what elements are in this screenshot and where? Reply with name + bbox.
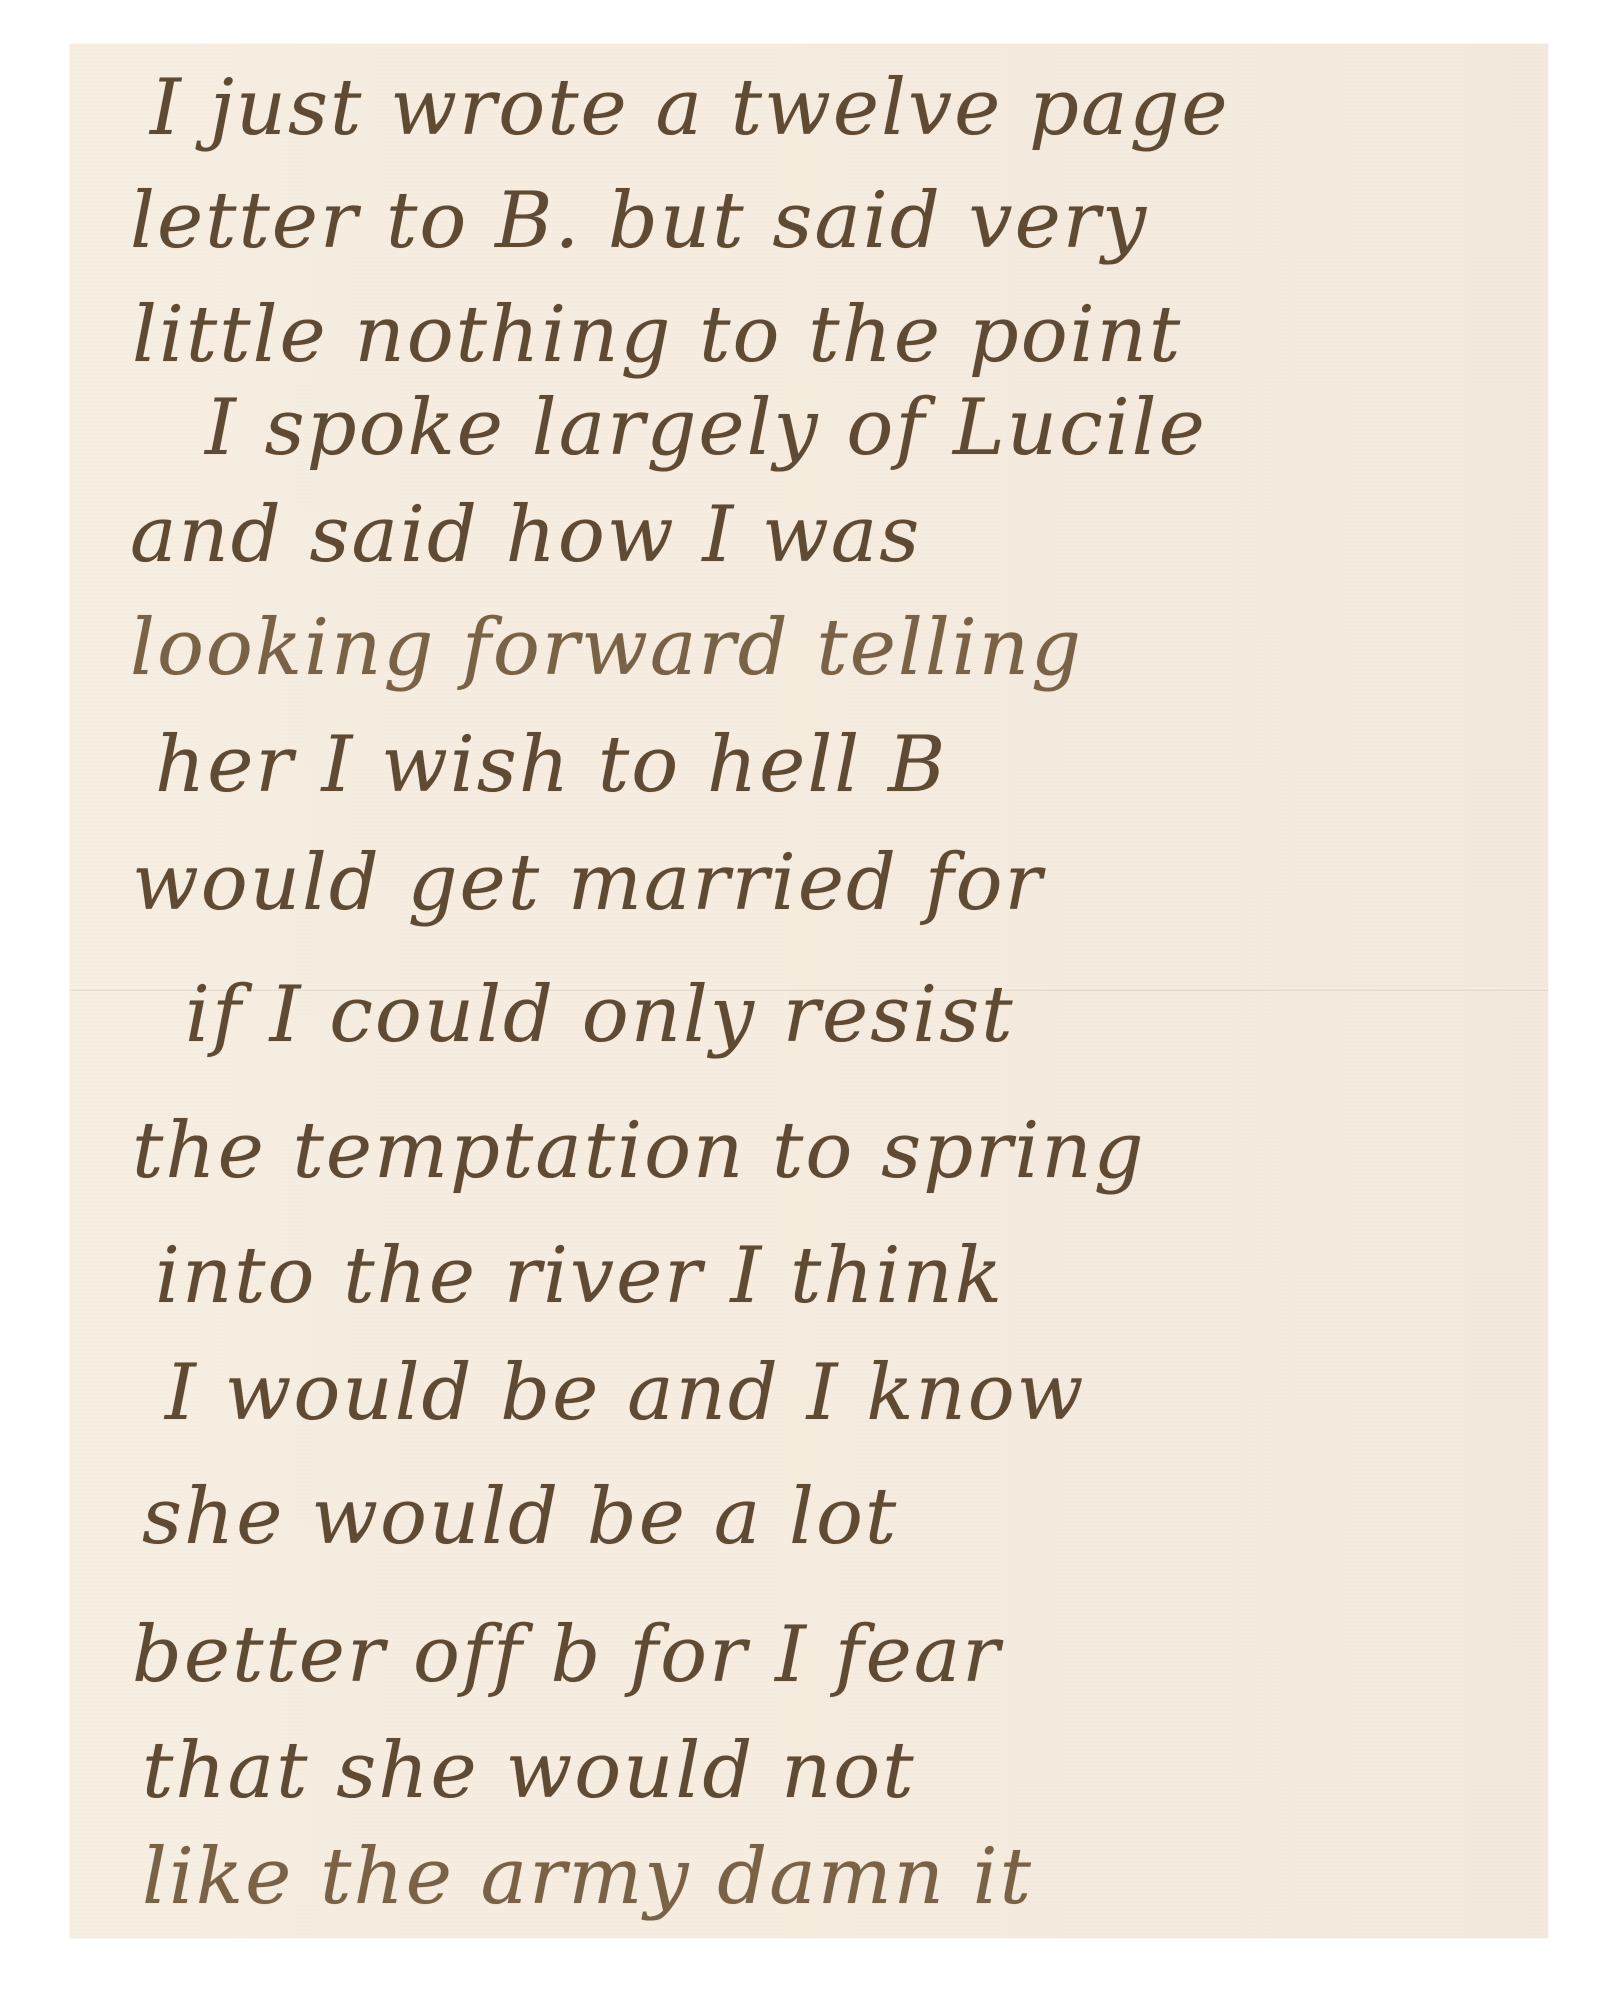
handwritten-line-16: like the army damn it [142,1838,1033,1916]
handwritten-line-6: looking forward telling [130,609,1083,687]
handwritten-line-10: the temptation to spring [132,1112,1146,1190]
handwritten-line-7: her I wish to hell B [155,726,947,804]
handwritten-line-4: I spoke largely of Lucile [205,389,1207,467]
handwritten-line-1: I just wrote a twelve page [150,69,1230,147]
letter-page: I just wrote a twelve page letter to B. … [70,44,1548,1938]
handwritten-line-12: I would be and I know [165,1354,1085,1432]
handwritten-line-9: if I could only resist [185,976,1015,1054]
handwritten-line-8: would get married for [132,844,1044,922]
handwritten-line-5: and said how I was [130,496,921,574]
handwritten-line-11: into the river I think [155,1237,1004,1315]
handwritten-line-14: better off b for I fear [132,1616,1002,1694]
handwritten-line-15: that she would not [142,1732,916,1810]
handwritten-line-2: letter to B. but said very [130,182,1148,260]
handwritten-line-3: little nothing to the point [132,296,1182,374]
handwritten-line-13: she would be a lot [142,1478,898,1556]
